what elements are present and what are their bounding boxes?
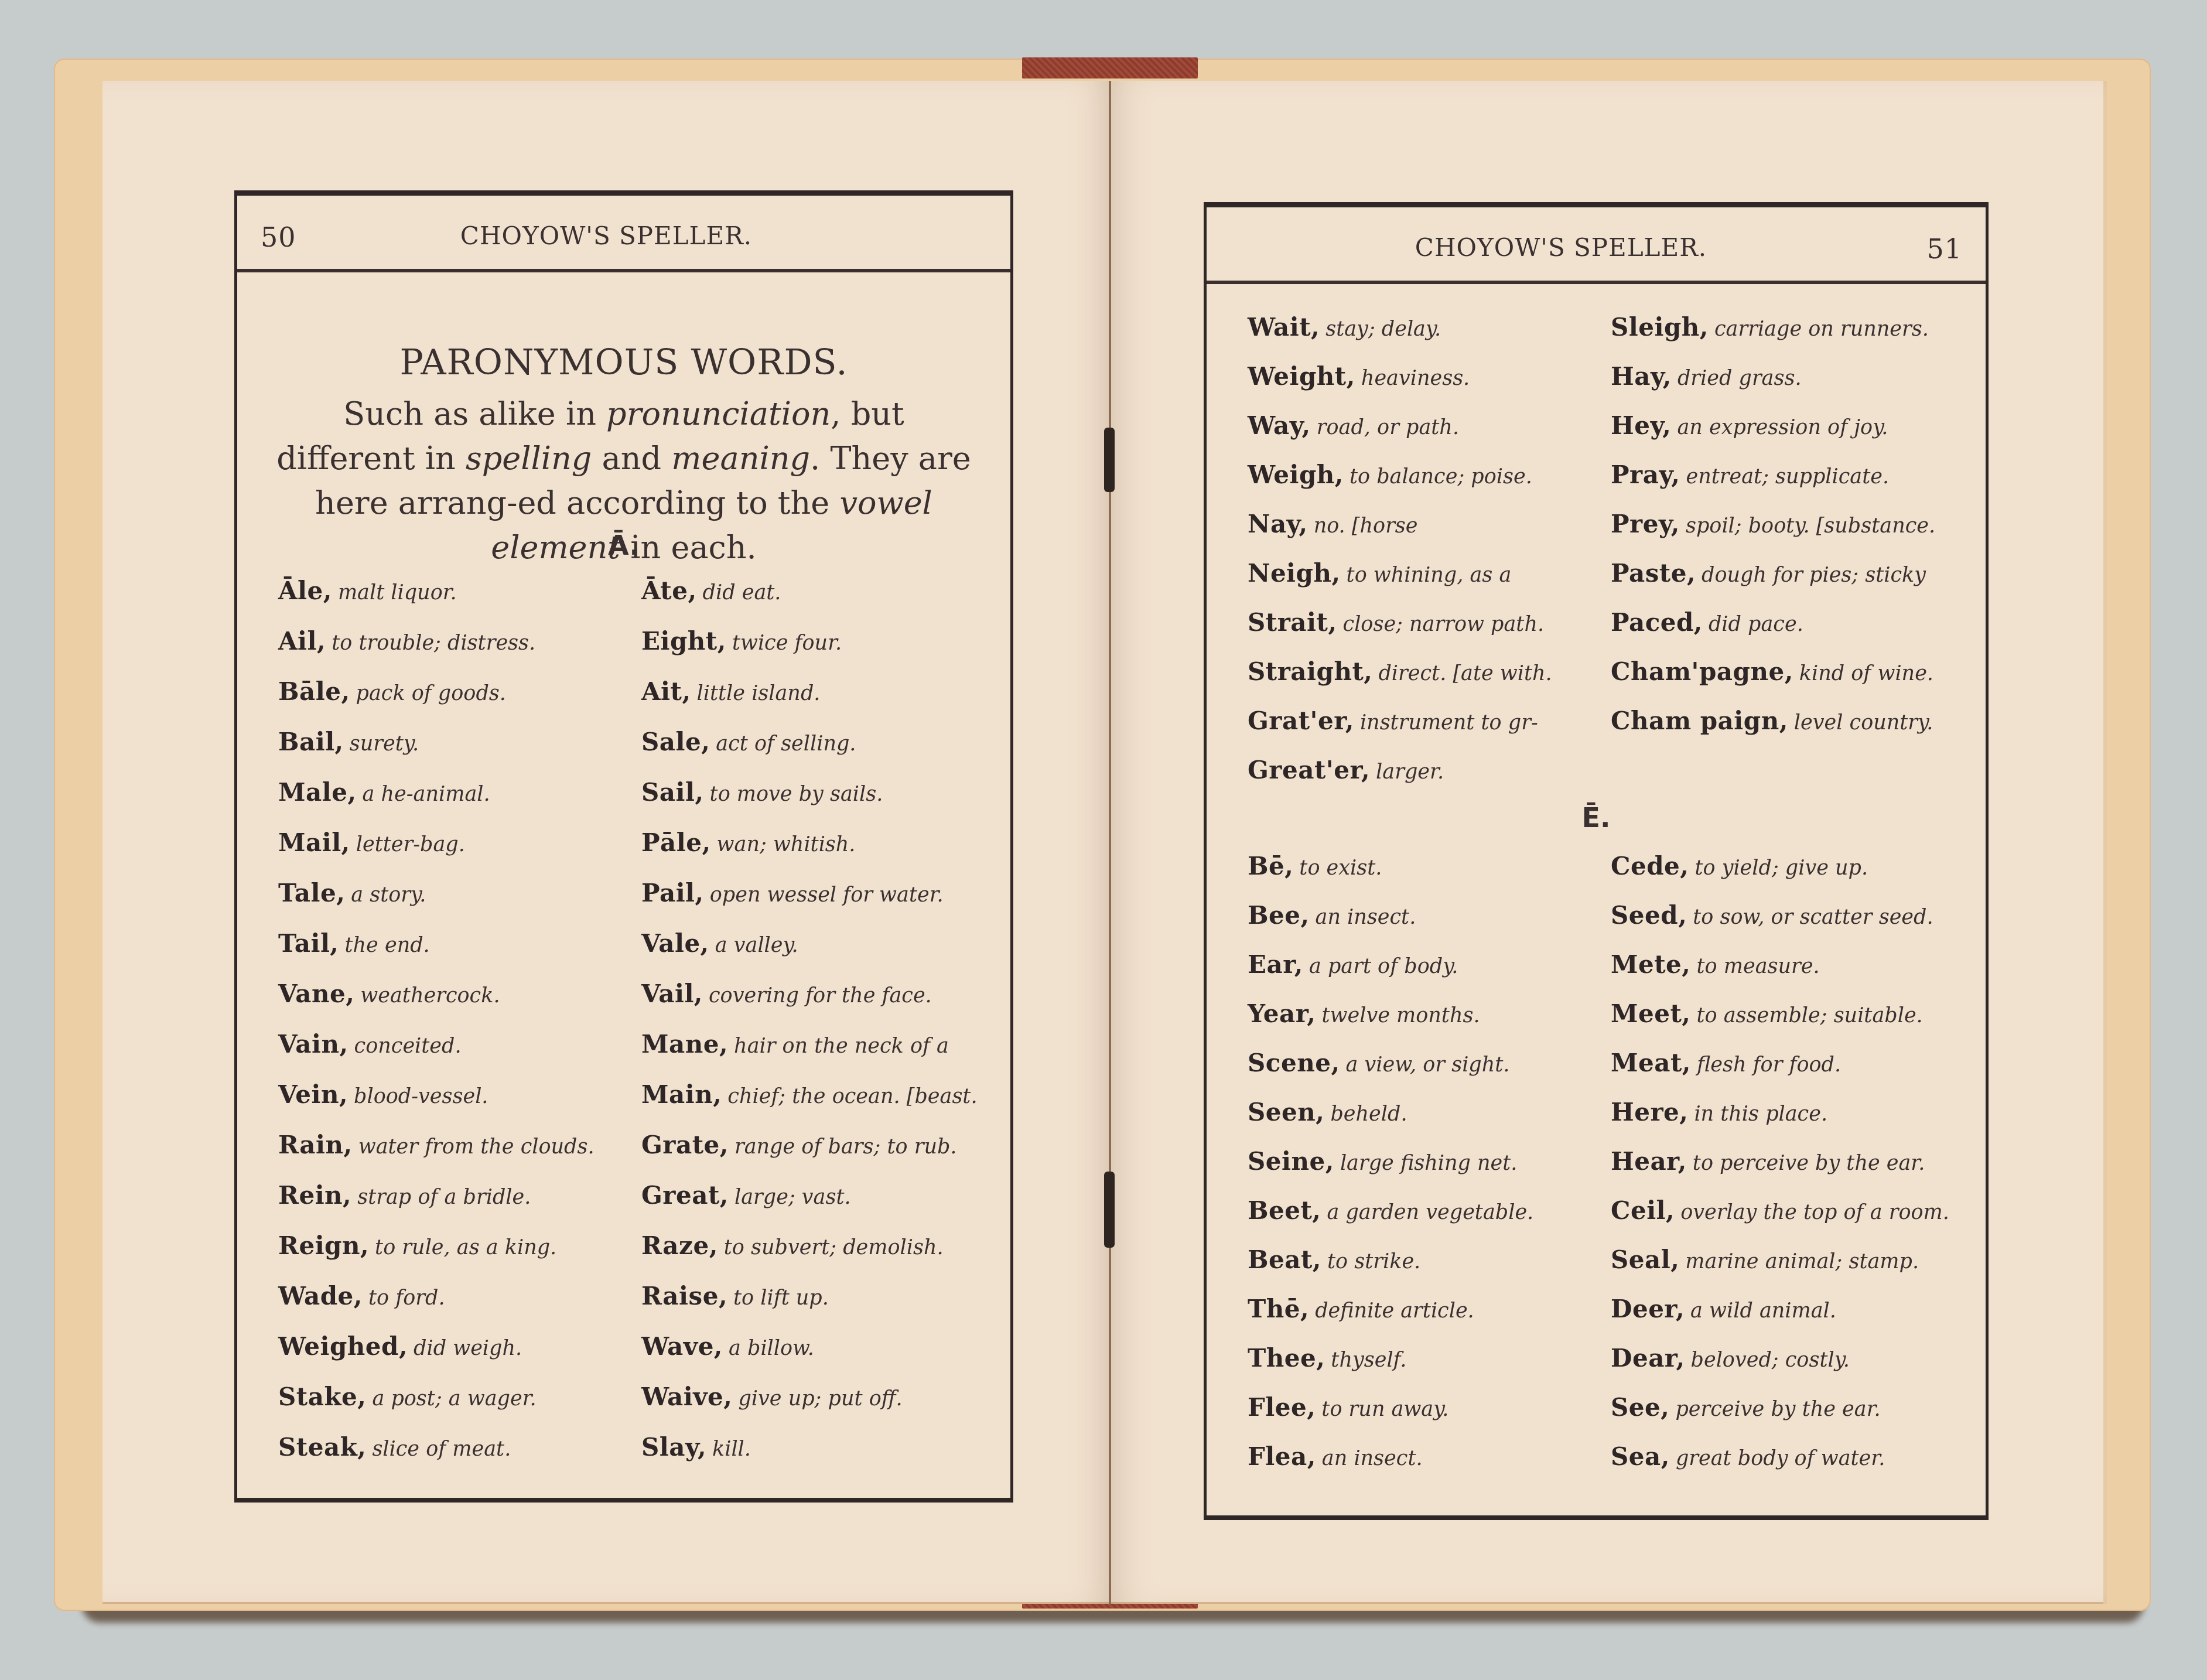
headword: Thee,	[1248, 1344, 1325, 1372]
headword: Pail,	[641, 879, 704, 907]
headword: Ceil,	[1611, 1196, 1675, 1225]
word-entry: Mete,to measure.	[1611, 950, 1820, 979]
word-entry: Here,in this place.	[1611, 1098, 1827, 1126]
headword: Paced,	[1611, 608, 1703, 637]
definition: level country.	[1794, 711, 1933, 735]
word-entry: Cede,to yield; give up.	[1611, 852, 1868, 880]
definition: direct. [ate with.	[1378, 662, 1552, 685]
definition: an insect.	[1316, 906, 1416, 929]
headword: Ait,	[641, 677, 691, 706]
definition: a wild animal.	[1690, 1299, 1836, 1323]
headword: Hey,	[1611, 411, 1671, 440]
word-entry: Flea,an insect.	[1248, 1442, 1423, 1471]
headword: Raze,	[641, 1231, 718, 1260]
word-entry: Steak,slice of meat.	[278, 1433, 511, 1462]
definition: malt liquor.	[338, 581, 457, 605]
headword: Rein,	[278, 1181, 351, 1210]
definition: give up; put off.	[738, 1387, 902, 1411]
definition: hair on the neck of a	[734, 1034, 949, 1058]
definition: carriage on runners.	[1714, 317, 1929, 341]
headword: Nay,	[1248, 510, 1308, 538]
word-entry: Weigh,to balance; poise.	[1248, 460, 1532, 489]
word-entry: Grate,range of bars; to rub.	[641, 1131, 956, 1159]
definition: a he-animal.	[363, 783, 490, 806]
word-entry: Cham paign,level country.	[1611, 706, 1933, 735]
definition: kind of wine.	[1799, 662, 1933, 685]
word-entry: Meat,flesh for food.	[1611, 1049, 1841, 1077]
definition: the end.	[344, 934, 429, 957]
word-entry: Meet,to assemble; suitable.	[1611, 999, 1923, 1028]
definition: entreat; supplicate.	[1686, 465, 1889, 489]
definition: heaviness.	[1361, 367, 1470, 390]
headword: Scene,	[1248, 1049, 1340, 1077]
section-title: PARONYMOUS WORDS.	[237, 342, 1010, 383]
definition: to measure.	[1696, 955, 1819, 978]
definition: dried grass.	[1678, 367, 1802, 390]
headword: Āte,	[641, 576, 697, 605]
binding-thread-lower	[1104, 1172, 1115, 1248]
word-entry: Vein,blood-vessel.	[278, 1080, 488, 1109]
headword: Wait,	[1248, 313, 1320, 342]
word-entry: Scene,a view, or sight.	[1248, 1049, 1509, 1077]
definition: large; vast.	[734, 1186, 851, 1209]
word-entry: Paste,dough for pies; sticky	[1611, 559, 1926, 588]
word-entry: Vail,covering for the face.	[641, 979, 932, 1008]
definition: little island.	[697, 682, 821, 705]
headword: Meat,	[1611, 1049, 1691, 1077]
definition: to sow, or scatter seed.	[1693, 906, 1933, 929]
headword: Bail,	[278, 728, 344, 756]
word-entry: See,perceive by the ear.	[1611, 1393, 1881, 1422]
word-entry: Rain,water from the clouds.	[278, 1131, 595, 1159]
headword: Grat'er,	[1248, 706, 1354, 735]
definition: a view, or sight.	[1346, 1053, 1510, 1077]
word-entry: Raise,to lift up.	[641, 1282, 829, 1310]
word-entry: Eight,twice four.	[641, 627, 842, 655]
headword: Cham'pagne,	[1611, 657, 1793, 686]
headword: Mail,	[278, 828, 350, 857]
headword: Tail,	[278, 929, 339, 958]
definition: a valley.	[715, 934, 798, 957]
headword: Vane,	[278, 979, 354, 1008]
definition: an insect.	[1322, 1447, 1423, 1470]
headword: Wade,	[278, 1282, 363, 1310]
word-entry: Āte,did eat.	[641, 576, 781, 605]
headword: Waive,	[641, 1382, 732, 1411]
word-entry: Pray,entreat; supplicate.	[1611, 460, 1889, 489]
word-entry: Cham'pagne,kind of wine.	[1611, 657, 1933, 686]
definition: definite article.	[1315, 1299, 1474, 1323]
definition: no. [horse	[1314, 514, 1418, 538]
headword: Grate,	[641, 1131, 729, 1159]
word-entry: Bē,to exist.	[1248, 852, 1382, 880]
definition: to rule, as a king.	[375, 1236, 556, 1259]
headword: Main,	[641, 1080, 722, 1109]
word-entry: Mail,letter-bag.	[278, 828, 465, 857]
headword: Steak,	[278, 1433, 366, 1462]
definition: strap of a bridle.	[357, 1186, 531, 1209]
word-entry: Vale,a valley.	[641, 929, 798, 958]
intro-emphasis: meaning	[671, 440, 810, 477]
headword: Ail,	[278, 627, 326, 655]
definition: blood-vessel.	[354, 1085, 488, 1108]
word-entry: Wait,stay; delay.	[1248, 313, 1441, 342]
headword: Beet,	[1248, 1196, 1321, 1225]
headword: Neigh,	[1248, 559, 1341, 588]
definition: an expression of joy.	[1677, 416, 1888, 439]
word-entry: Seal,marine animal; stamp.	[1611, 1245, 1919, 1274]
word-entry: Grat'er,instrument to gr-	[1248, 706, 1538, 735]
headword: Seine,	[1248, 1147, 1334, 1176]
headword: Seal,	[1611, 1245, 1679, 1274]
headword: Mane,	[641, 1030, 728, 1058]
definition: stay; delay.	[1325, 317, 1441, 341]
word-entry: Great'er,larger.	[1248, 756, 1444, 784]
right-page: CHOYOW'S SPELLER. 51 Wait,stay; delay.We…	[1204, 202, 1989, 1520]
headword: See,	[1611, 1393, 1669, 1422]
word-entry: Reign,to rule, as a king.	[278, 1231, 556, 1260]
headword: Reign,	[278, 1231, 369, 1260]
word-entry: Tale,a story.	[278, 879, 426, 907]
definition: weathercock.	[360, 984, 500, 1008]
headword: Vale,	[641, 929, 709, 958]
headword: Bāle,	[278, 677, 350, 706]
headword: Beat,	[1248, 1245, 1321, 1274]
headword: Sea,	[1611, 1442, 1670, 1471]
page-number: 51	[1926, 233, 1962, 265]
definition: marine animal; stamp.	[1685, 1250, 1919, 1273]
definition: to balance; poise.	[1350, 465, 1532, 489]
definition: large fishing net.	[1340, 1152, 1518, 1175]
definition: letter-bag.	[356, 833, 465, 856]
word-entry: Ait,little island.	[641, 677, 820, 706]
word-entry: Sail,to move by sails.	[641, 778, 883, 807]
headword: Raise,	[641, 1282, 727, 1310]
word-entry: Bee,an insect.	[1248, 901, 1416, 930]
definition: slice of meat.	[372, 1437, 511, 1461]
running-head-title: CHOYOW'S SPELLER.	[1136, 233, 1986, 262]
spine-cloth-top	[1022, 57, 1198, 78]
definition: chief; the ocean. [beast.	[727, 1085, 977, 1108]
word-entry: Rein,strap of a bridle.	[278, 1181, 531, 1210]
word-entry: Pāle,wan; whitish.	[641, 828, 855, 857]
headword: Āle,	[278, 576, 332, 605]
running-head-title: CHOYOW'S SPELLER.	[202, 221, 1010, 250]
headword: Great,	[641, 1181, 729, 1210]
definition: surety.	[350, 732, 419, 756]
word-entry: Ail,to trouble; distress.	[278, 627, 535, 655]
definition: road, or path.	[1317, 416, 1459, 439]
definition: to ford.	[368, 1286, 445, 1310]
definition: twice four.	[732, 631, 842, 655]
headword: Meet,	[1611, 999, 1690, 1028]
definition: to run away.	[1321, 1398, 1448, 1421]
vowel-heading: Ā.	[237, 530, 1010, 561]
word-entry: Slay,kill.	[641, 1433, 751, 1462]
word-entry: Waive,give up; put off.	[641, 1382, 903, 1411]
definition: dough for pies; sticky	[1702, 564, 1926, 587]
word-entry: Seen,beheld.	[1248, 1098, 1407, 1126]
binding-thread-upper	[1104, 428, 1115, 492]
headword: Straight,	[1248, 657, 1372, 686]
definition: flesh for food.	[1697, 1053, 1841, 1077]
intro-text: Such as alike in	[343, 395, 606, 432]
definition: conceited.	[354, 1034, 462, 1058]
definition: great body of water.	[1676, 1447, 1885, 1470]
definition: a billow.	[729, 1337, 814, 1360]
word-entry: Straight,direct. [ate with.	[1248, 657, 1552, 686]
definition: range of bars; to rub.	[734, 1135, 956, 1159]
headword: Hay,	[1611, 362, 1672, 391]
word-entry: Seine,large fishing net.	[1248, 1147, 1517, 1176]
headword: Year,	[1248, 999, 1316, 1028]
word-entry: Main,chief; the ocean. [beast.	[641, 1080, 978, 1109]
word-entry: Ceil,overlay the top of a room.	[1611, 1196, 1949, 1225]
definition: did pace.	[1709, 613, 1803, 636]
headword: Weigh,	[1248, 460, 1344, 489]
headword: Paste,	[1611, 559, 1696, 588]
definition: to exist.	[1299, 856, 1382, 880]
definition: a post; a wager.	[372, 1387, 536, 1411]
headword: Bee,	[1248, 901, 1310, 930]
running-head-right: CHOYOW'S SPELLER. 51	[1207, 207, 1986, 284]
word-entry: Pail,open wessel for water.	[641, 879, 944, 907]
word-entry: Hey,an expression of joy.	[1611, 411, 1888, 440]
definition: to yield; give up.	[1694, 856, 1868, 880]
headword: Seed,	[1611, 901, 1687, 930]
definition: did eat.	[703, 581, 781, 605]
word-entry: Seed,to sow, or scatter seed.	[1611, 901, 1933, 930]
headword: Ear,	[1248, 950, 1303, 979]
word-entry: Beet,a garden vegetable.	[1248, 1196, 1533, 1225]
word-entry: Sea,great body of water.	[1611, 1442, 1885, 1471]
word-entry: Beat,to strike.	[1248, 1245, 1420, 1274]
word-entry: Thē,definite article.	[1248, 1295, 1474, 1323]
word-entry: Ear,a part of body.	[1248, 950, 1458, 979]
word-entry: Flee,to run away.	[1248, 1393, 1449, 1422]
headword: Sail,	[641, 778, 704, 807]
word-entry: Raze,to subvert; demolish.	[641, 1231, 944, 1260]
headword: Flee,	[1248, 1393, 1316, 1422]
headword: Cede,	[1611, 852, 1689, 880]
definition: instrument to gr-	[1360, 711, 1538, 735]
headword: Slay,	[641, 1433, 706, 1462]
headword: Prey,	[1611, 510, 1680, 538]
headword: Mete,	[1611, 950, 1690, 979]
intro-emphasis: spelling	[466, 440, 592, 477]
headword: Pāle,	[641, 828, 711, 857]
word-entry: Vane,weathercock.	[278, 979, 500, 1008]
headword: Stake,	[278, 1382, 366, 1411]
definition: pack of goods.	[356, 682, 506, 705]
headword: Rain,	[278, 1131, 353, 1159]
word-entry: Paced,did pace.	[1611, 608, 1803, 637]
definition: to strike.	[1327, 1250, 1420, 1273]
word-entry: Weight,heaviness.	[1248, 362, 1470, 391]
headword: Deer,	[1611, 1295, 1685, 1323]
headword: Great'er,	[1248, 756, 1370, 784]
definition: beloved; costly.	[1691, 1348, 1850, 1372]
definition: to lift up.	[733, 1286, 829, 1310]
definition: perceive by the ear.	[1675, 1398, 1880, 1421]
word-entry: Bāle,pack of goods.	[278, 677, 506, 706]
word-entry: Dear,beloved; costly.	[1611, 1344, 1850, 1372]
word-entry: Great,large; vast.	[641, 1181, 851, 1210]
word-entry: Wave,a billow.	[641, 1332, 814, 1361]
word-entry: Hay,dried grass.	[1611, 362, 1802, 391]
headword: Cham paign,	[1611, 706, 1788, 735]
definition: to trouble; distress.	[332, 631, 535, 655]
headword: Flea,	[1248, 1442, 1316, 1471]
word-entry: Deer,a wild animal.	[1611, 1295, 1836, 1323]
definition: spoil; booty. [substance.	[1686, 514, 1935, 538]
word-entry: Hear,to perceive by the ear.	[1611, 1147, 1925, 1176]
word-entry: Way,road, or path.	[1248, 411, 1459, 440]
intro-emphasis: pronunciation	[606, 395, 831, 432]
headword: Dear,	[1611, 1344, 1685, 1372]
headword: Bē,	[1248, 852, 1293, 880]
definition: to whining, as a	[1347, 564, 1512, 587]
word-entry: Sale,act of selling.	[641, 728, 856, 756]
definition: covering for the face.	[709, 984, 932, 1008]
word-entry: Sleigh,carriage on runners.	[1611, 313, 1929, 342]
headword: Tale,	[278, 879, 345, 907]
definition: kill.	[712, 1437, 751, 1461]
gutter	[1109, 81, 1111, 1604]
definition: in this place.	[1694, 1102, 1827, 1126]
definition: to assemble; suitable.	[1696, 1004, 1922, 1027]
word-entry: Nay,no. [horse	[1248, 510, 1418, 538]
headword: Sale,	[641, 728, 710, 756]
headword: Pray,	[1611, 460, 1680, 489]
definition: to move by sails.	[710, 783, 883, 806]
word-entry: Neigh,to whining, as a	[1248, 559, 1511, 588]
headword: Male,	[278, 778, 357, 807]
definition: open wessel for water.	[710, 883, 944, 907]
word-entry: Wade,to ford.	[278, 1282, 445, 1310]
word-entry: Vain,conceited.	[278, 1030, 462, 1058]
definition: did weigh.	[414, 1337, 522, 1360]
definition: wan; whitish.	[717, 833, 856, 856]
word-entry: Stake,a post; a wager.	[278, 1382, 537, 1411]
running-head-left: 50 CHOYOW'S SPELLER.	[237, 196, 1010, 272]
word-entry: Tail,the end.	[278, 929, 430, 958]
definition: twelve months.	[1321, 1004, 1480, 1027]
definition: to perceive by the ear.	[1693, 1152, 1925, 1175]
definition: overlay the top of a room.	[1680, 1201, 1949, 1224]
word-entry: Strait,close; narrow path.	[1248, 608, 1544, 637]
headword: Hear,	[1611, 1147, 1687, 1176]
headword: Vail,	[641, 979, 703, 1008]
word-entry: Thee,thyself.	[1248, 1344, 1406, 1372]
left-page: 50 CHOYOW'S SPELLER. PARONYMOUS WORDS. S…	[234, 190, 1013, 1503]
word-entry: Year,twelve months.	[1248, 999, 1480, 1028]
headword: Here,	[1611, 1098, 1688, 1126]
intro-text: and	[592, 440, 671, 477]
word-entry: Weighed,did weigh.	[278, 1332, 522, 1361]
definition: beheld.	[1330, 1102, 1407, 1126]
headword: Strait,	[1248, 608, 1337, 637]
definition: larger.	[1376, 760, 1444, 784]
headword: Sleigh,	[1611, 313, 1709, 342]
word-entry: Āle,malt liquor.	[278, 576, 457, 605]
vowel-heading: Ē.	[1207, 802, 1986, 834]
definition: a story.	[351, 883, 426, 907]
headword: Vein,	[278, 1080, 348, 1109]
word-entry: Prey,spoil; booty. [substance.	[1611, 510, 1935, 538]
word-entry: Male,a he-animal.	[278, 778, 490, 807]
definition: water from the clouds.	[358, 1135, 595, 1159]
definition: to subvert; demolish.	[724, 1236, 944, 1259]
definition: a garden vegetable.	[1327, 1201, 1533, 1224]
headword: Wave,	[641, 1332, 723, 1361]
headword: Thē,	[1248, 1295, 1309, 1323]
definition: act of selling.	[716, 732, 856, 756]
definition: thyself.	[1331, 1348, 1406, 1372]
headword: Vain,	[278, 1030, 349, 1058]
definition: close; narrow path.	[1343, 613, 1545, 636]
headword: Seen,	[1248, 1098, 1324, 1126]
headword: Way,	[1248, 411, 1311, 440]
definition: a part of body.	[1309, 955, 1458, 978]
headword: Weighed,	[278, 1332, 408, 1361]
word-entry: Mane,hair on the neck of a	[641, 1030, 949, 1058]
headword: Weight,	[1248, 362, 1355, 391]
word-entry: Bail,surety.	[278, 728, 419, 756]
headword: Eight,	[641, 627, 726, 655]
